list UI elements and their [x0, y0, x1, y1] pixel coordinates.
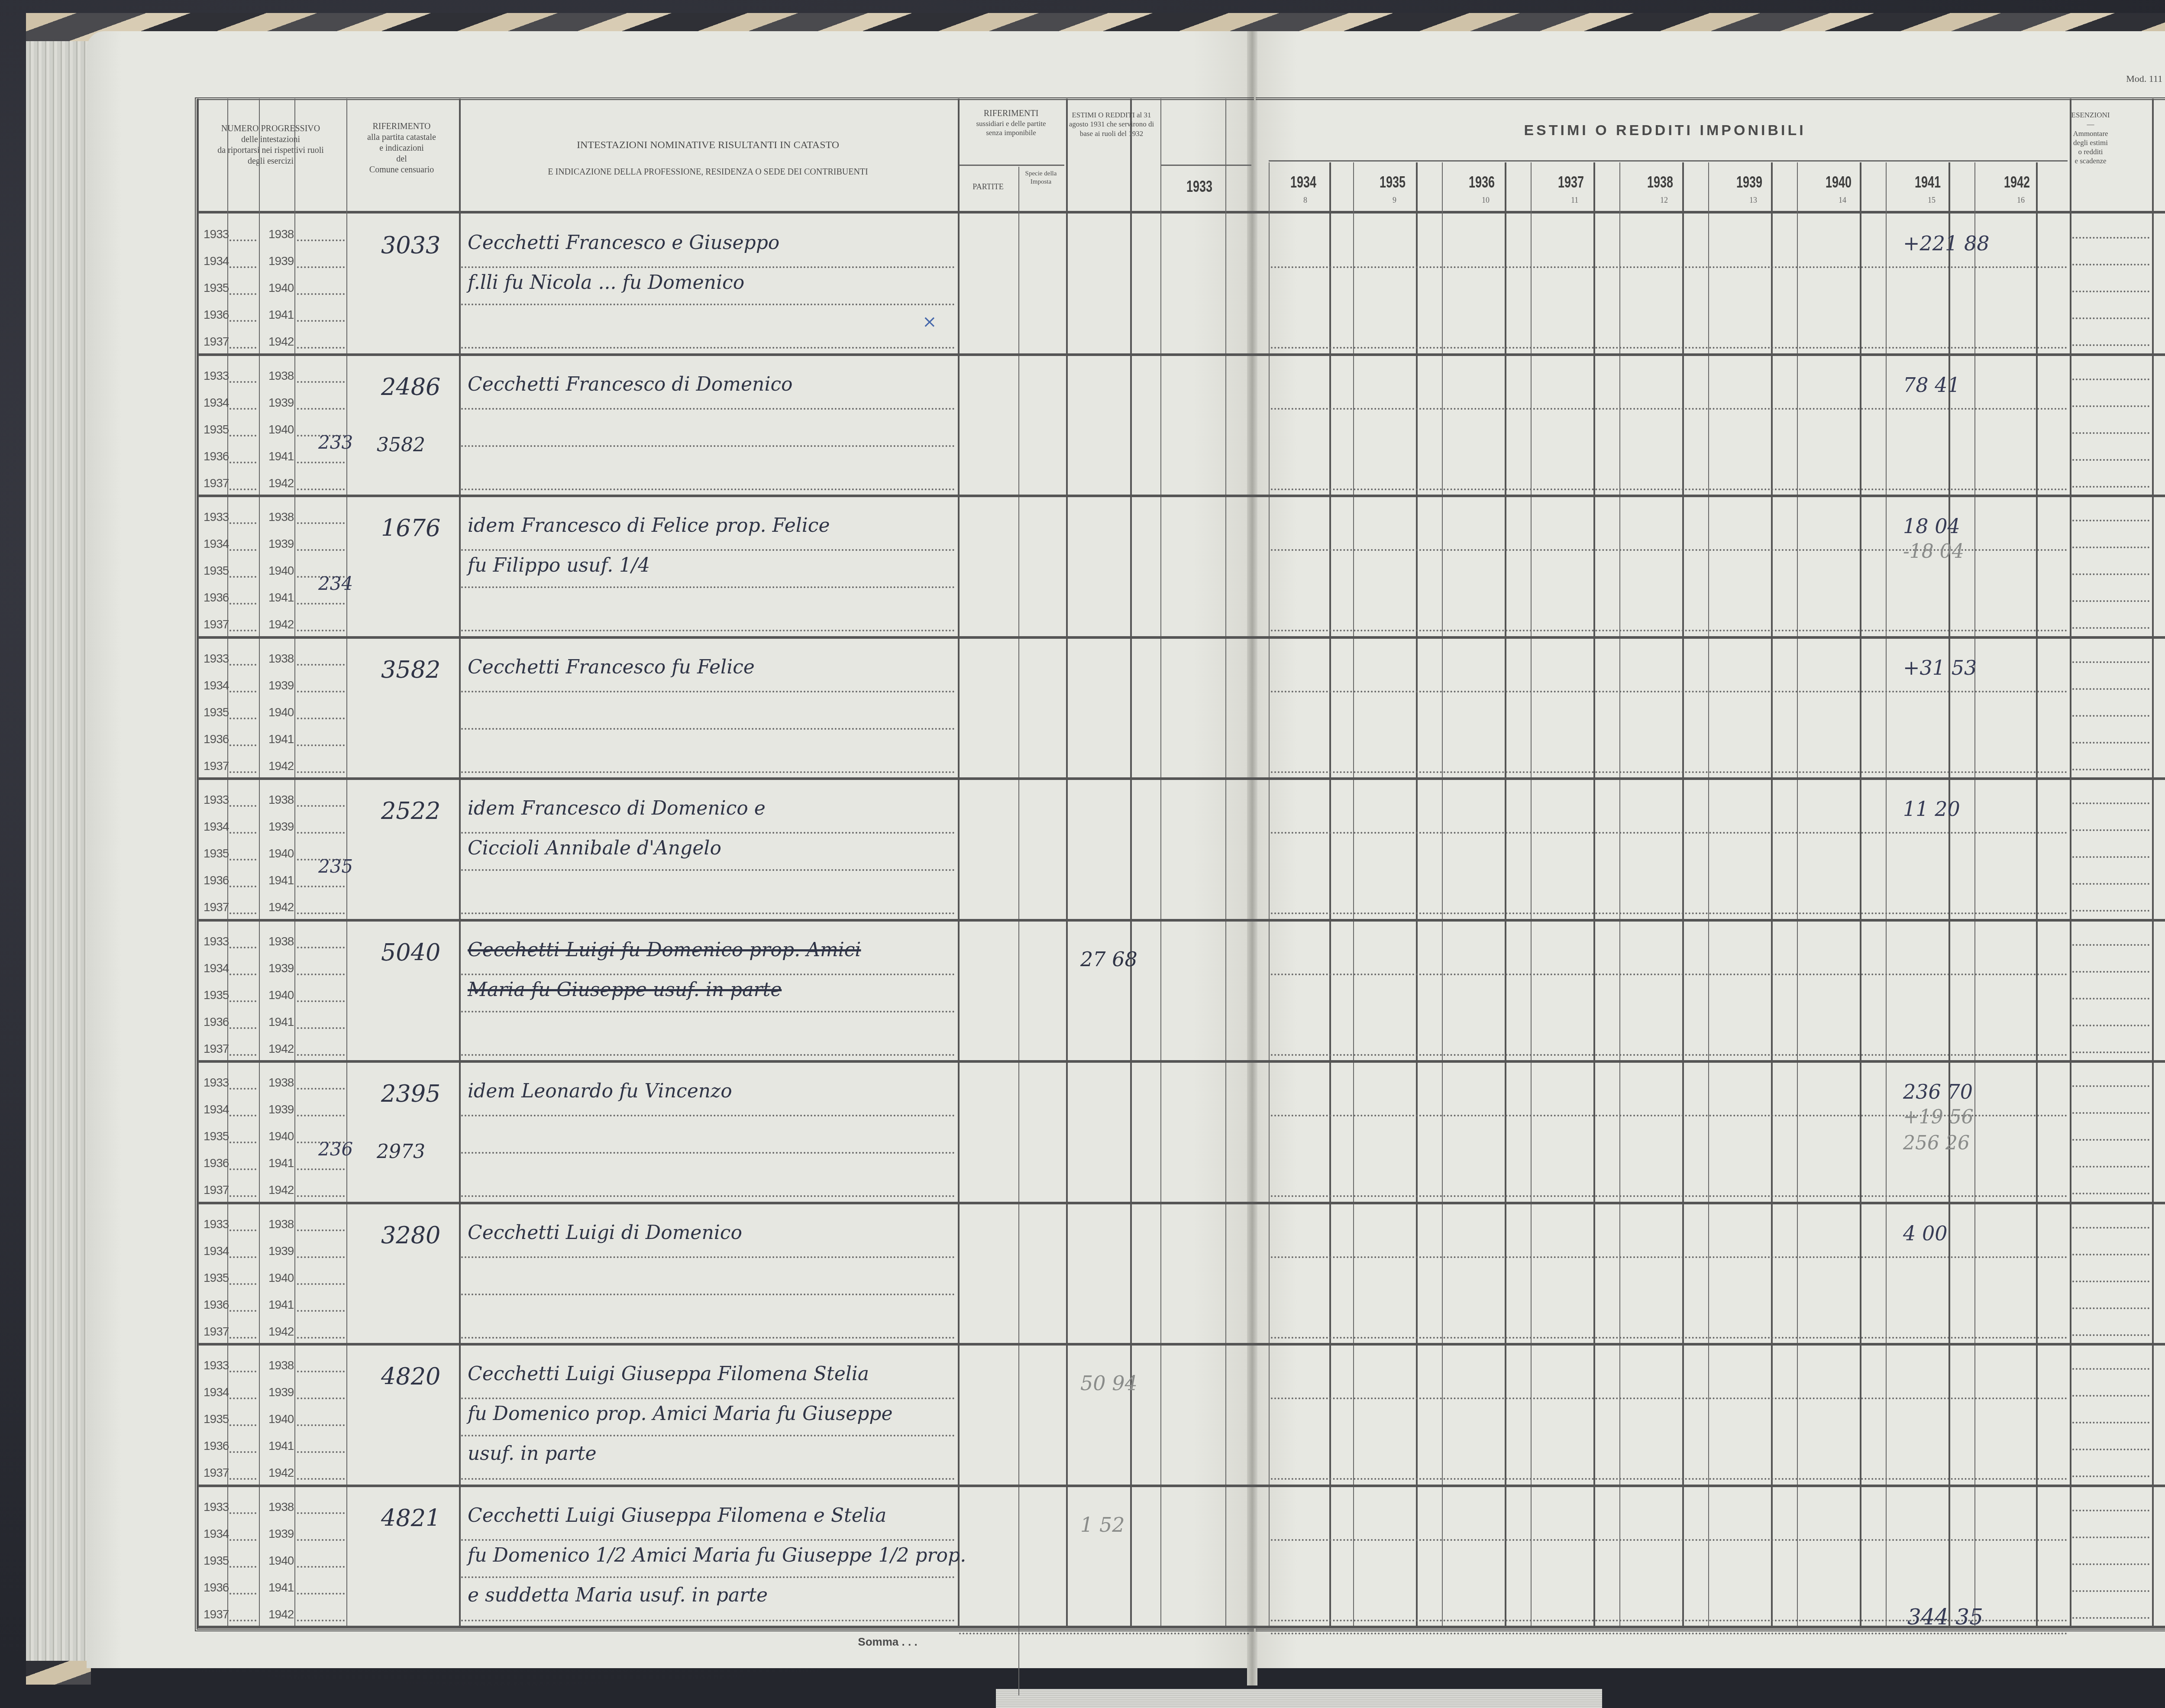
left-table — [195, 97, 1254, 1631]
dotted-line — [461, 1256, 955, 1258]
dotted-line — [1271, 832, 2068, 834]
dotted-line — [297, 549, 345, 551]
dotted-line — [229, 832, 256, 834]
year-label: 1941 — [268, 1581, 294, 1595]
dotted-line — [461, 1011, 955, 1013]
value-1941-adjust: +19 56 — [1903, 1106, 1974, 1128]
year-label: 1940 — [268, 281, 294, 295]
col45-title: RIFERIMENTI — [958, 108, 1064, 119]
dotted-line — [229, 805, 256, 807]
somma-dotted-line — [1271, 1633, 2068, 1634]
year-header: 1942 — [2004, 173, 2030, 191]
year-label: 1942 — [268, 476, 294, 490]
row-separator — [197, 777, 2165, 780]
year-label: 1941 — [268, 1015, 294, 1029]
column-divider — [1130, 99, 1132, 1627]
year-label: 1934 — [204, 1385, 229, 1399]
row-separator — [197, 495, 2165, 497]
dotted-line — [297, 1451, 345, 1453]
partita-number: 2522 — [381, 797, 440, 825]
year-label: 1942 — [268, 1183, 294, 1197]
dotted-line — [2072, 1537, 2149, 1538]
year-label: 1942 — [268, 1325, 294, 1339]
dotted-line — [229, 576, 256, 578]
year-label: 1934 — [204, 820, 229, 834]
year-label: 1933 — [204, 1217, 229, 1231]
col7-year: 1933 — [1186, 178, 1212, 196]
dotted-line — [461, 630, 955, 631]
row-separator — [197, 1202, 2165, 1204]
dotted-line — [229, 347, 256, 349]
dotted-line — [461, 1539, 955, 1541]
row-separator — [197, 1343, 2165, 1346]
dotted-line — [1271, 1478, 2068, 1480]
column-divider — [1531, 162, 1532, 1626]
year-label: 1938 — [268, 369, 294, 383]
year-label: 1939 — [268, 1385, 294, 1399]
dotted-line — [297, 1088, 345, 1090]
dotted-line — [461, 1337, 955, 1339]
year-label: 1938 — [268, 1359, 294, 1372]
column-divider — [1329, 162, 1331, 1626]
dotted-line — [297, 1283, 345, 1285]
dotted-line — [229, 1337, 256, 1339]
year-label: 1938 — [268, 510, 294, 524]
taxpayer-line: Cecchetti Francesco fu Felice — [468, 656, 755, 678]
dotted-line — [2072, 1051, 2149, 1053]
old-partita-number: 2973 — [377, 1141, 425, 1163]
year-label: 1933 — [204, 652, 229, 666]
form-code: Mod. 111 - Imposte Dirette (Intercalare)… — [2100, 73, 2165, 85]
dotted-line — [2072, 883, 2149, 885]
year-label: 1938 — [268, 1076, 294, 1090]
year-label: 1941 — [268, 591, 294, 605]
dotted-line — [229, 974, 256, 975]
year-label: 1942 — [268, 1042, 294, 1056]
dotted-line — [461, 266, 955, 268]
year-label: 1939 — [268, 1527, 294, 1541]
dotted-line — [2072, 1422, 2149, 1423]
dotted-line — [2072, 1617, 2149, 1619]
taxpayer-line: fu Domenico prop. Amici Maria fu Giusepp… — [468, 1403, 893, 1425]
column-divider — [2152, 99, 2154, 1627]
somma-label: Somma . . . — [823, 1635, 953, 1649]
dotted-line — [297, 1000, 345, 1002]
dotted-line — [461, 1576, 955, 1578]
column-divider — [1860, 162, 1861, 1626]
year-label: 1933 — [204, 369, 229, 383]
year-label: 1933 — [204, 935, 229, 948]
dotted-line — [461, 586, 955, 588]
value-1941: +221 88 — [1903, 232, 1990, 255]
dotted-line — [2072, 1475, 2149, 1477]
dotted-line — [229, 239, 256, 241]
taxpayer-line: Cecchetti Luigi di Domenico — [468, 1222, 742, 1244]
col3-subtitle: E INDICAZIONE DELLA PROFESSIONE, RESIDEN… — [459, 167, 957, 178]
dotted-line — [1271, 408, 2068, 410]
value-1941: 18 04 — [1903, 514, 1960, 538]
year-label: 1933 — [204, 793, 229, 807]
dotted-line — [229, 630, 256, 631]
year-label: 1940 — [268, 847, 294, 860]
dotted-line — [229, 381, 256, 383]
year-header: 1934 — [1290, 173, 1316, 191]
dotted-line — [297, 1115, 345, 1116]
dotted-line — [297, 603, 345, 605]
year-header: 1938 — [1647, 173, 1673, 191]
year-label: 1937 — [204, 1608, 229, 1621]
dotted-line — [461, 912, 955, 914]
col17-sub: Ammontare — [2069, 129, 2112, 138]
dotted-line — [461, 1195, 955, 1197]
taxpayer-line: idem Leonardo fu Vincenzo — [468, 1080, 732, 1102]
dotted-line — [229, 1142, 256, 1143]
spine-headband — [996, 1689, 1602, 1708]
progressive-number: 233 — [318, 432, 353, 453]
year-label: 1938 — [268, 1217, 294, 1231]
year-label: 1939 — [268, 396, 294, 410]
partita-number: 3033 — [381, 232, 440, 259]
column-divider — [1886, 162, 1887, 1626]
value-1932: 27 68 — [1080, 948, 1137, 971]
value-1941: 11 20 — [1903, 797, 1960, 821]
dotted-line — [297, 664, 345, 666]
partita-number: 4821 — [381, 1504, 440, 1532]
year-label: 1942 — [268, 1466, 294, 1480]
value-1941-total: 256 26 — [1903, 1132, 1970, 1154]
col17-sub: e scadenze — [2069, 156, 2112, 165]
year-label: 1934 — [204, 396, 229, 410]
dotted-line — [229, 522, 256, 524]
dotted-line — [2072, 802, 2149, 804]
dotted-line — [297, 1539, 345, 1541]
partita-number: 5040 — [381, 939, 440, 966]
col1-title: NUMERO PROGRESSIVO — [197, 123, 344, 134]
dotted-line — [1271, 488, 2068, 490]
header-subrule — [1269, 160, 2068, 162]
partita-number: 3582 — [381, 656, 440, 683]
dotted-line — [297, 1593, 345, 1595]
dotted-line — [2072, 1590, 2149, 1592]
column-divider — [1416, 162, 1418, 1626]
dotted-line — [461, 488, 955, 490]
dotted-line — [229, 1620, 256, 1621]
dotted-line — [229, 1512, 256, 1514]
column-divider — [1593, 162, 1595, 1626]
dotted-line — [461, 549, 955, 551]
year-label: 1939 — [268, 679, 294, 692]
year-label: 1937 — [204, 1042, 229, 1056]
dotted-line — [2072, 317, 2149, 319]
dotted-line — [297, 239, 345, 241]
year-label: 1942 — [268, 618, 294, 631]
dotted-line — [297, 522, 345, 524]
year-label: 1940 — [268, 1412, 294, 1426]
dotted-line — [2072, 1510, 2149, 1511]
dotted-line — [461, 728, 955, 730]
col2-title: RIFERIMENTO — [346, 121, 457, 132]
dotted-line — [297, 347, 345, 349]
column-divider — [1225, 99, 1226, 1627]
taxpayer-line: Maria fu Giuseppe usuf. in parte — [468, 979, 782, 1001]
dotted-line — [229, 691, 256, 692]
col2-sub: del — [346, 154, 457, 165]
taxpayer-line: Cecchetti Luigi fu Domenico prop. Amici — [468, 939, 861, 961]
partita-number: 4820 — [381, 1363, 440, 1390]
dotted-line — [2072, 1368, 2149, 1370]
year-label: 1935 — [204, 847, 229, 860]
dotted-line — [229, 1371, 256, 1372]
dotted-line — [1271, 347, 2068, 349]
dotted-line — [229, 1195, 256, 1197]
year-header: 1935 — [1380, 173, 1406, 191]
taxpayer-line: Cecchetti Francesco e Giuseppo — [468, 232, 779, 254]
dotted-line — [2072, 237, 2149, 239]
dotted-line — [229, 1397, 256, 1399]
col17-sub: degli estimi — [2069, 138, 2112, 147]
dotted-line — [297, 947, 345, 948]
year-label: 1934 — [204, 254, 229, 268]
dotted-line — [461, 691, 955, 692]
year-label: 1933 — [204, 227, 229, 241]
right-table — [1256, 97, 2165, 1631]
taxpayer-line: e suddetta Maria usuf. in parte — [468, 1584, 768, 1606]
year-label: 1940 — [268, 1554, 294, 1568]
dotted-line — [229, 408, 256, 410]
column-divider — [1018, 167, 1019, 1695]
dotted-line — [461, 1435, 955, 1436]
year-label: 1939 — [268, 961, 294, 975]
dotted-line — [297, 1229, 345, 1231]
year-label: 1939 — [268, 254, 294, 268]
col1-sub: delle intestazioni — [197, 134, 344, 145]
dotted-line — [297, 293, 345, 295]
col17-sub: o redditi — [2069, 147, 2112, 156]
dotted-line — [297, 266, 345, 268]
dotted-line — [2072, 573, 2149, 575]
dotted-line — [461, 408, 955, 410]
dotted-line — [461, 445, 955, 447]
dotted-line — [297, 912, 345, 914]
year-label: 1936 — [204, 450, 229, 463]
dotted-line — [229, 488, 256, 490]
column-number: 11 — [1571, 196, 1578, 205]
dotted-line — [461, 1115, 955, 1116]
year-label: 1941 — [268, 1298, 294, 1312]
dotted-line — [229, 1310, 256, 1312]
dotted-line — [1271, 1539, 2068, 1541]
year-label: 1939 — [268, 1103, 294, 1116]
dotted-line — [2072, 344, 2149, 346]
dotted-line — [1271, 691, 2068, 692]
dotted-line — [2072, 829, 2149, 831]
check-mark: × — [922, 312, 937, 332]
dotted-line — [229, 1593, 256, 1595]
year-header: 1941 — [1915, 173, 1941, 191]
taxpayer-line: f.lli fu Nicola ... fu Domenico — [468, 272, 744, 294]
progressive-number: 235 — [318, 856, 353, 877]
dotted-line — [2072, 486, 2149, 488]
dotted-line — [229, 1451, 256, 1453]
dotted-line — [229, 886, 256, 887]
dotted-line — [2072, 1449, 2149, 1450]
dotted-line — [297, 1027, 345, 1029]
column-divider — [1682, 162, 1684, 1626]
dotted-line — [297, 1337, 345, 1339]
dotted-line — [297, 832, 345, 834]
value-1941: 4 00 — [1903, 1222, 1947, 1245]
dotted-line — [2072, 769, 2149, 770]
dotted-line — [2072, 856, 2149, 858]
dotted-line — [2072, 378, 2149, 380]
year-label: 1938 — [268, 935, 294, 948]
year-label: 1938 — [268, 227, 294, 241]
dotted-line — [297, 771, 345, 773]
col2-sub: e indicazioni — [346, 143, 457, 154]
col2-sub: alla partita catastale — [346, 132, 457, 143]
dotted-line — [229, 744, 256, 746]
taxpayer-line: Cecchetti Luigi Giuseppa Filomena e Stel… — [468, 1504, 886, 1527]
dotted-line — [2072, 1085, 2149, 1087]
value-1941: 78 41 — [1903, 373, 1960, 397]
dotted-line — [461, 347, 955, 349]
year-label: 1933 — [204, 1500, 229, 1514]
dotted-line — [2072, 1395, 2149, 1397]
column-divider — [1797, 162, 1798, 1626]
dotted-line — [297, 1424, 345, 1426]
year-label: 1942 — [268, 1608, 294, 1621]
col17-sub: — — [2069, 120, 2112, 129]
taxpayer-line: fu Domenico 1/2 Amici Maria fu Giuseppe … — [468, 1544, 966, 1566]
dotted-line — [297, 1512, 345, 1514]
dotted-line — [2072, 1563, 2149, 1565]
dotted-line — [2072, 1025, 2149, 1026]
col1-header: NUMERO PROGRESSIVO delle intestazioni da… — [197, 123, 344, 167]
column-divider — [1619, 162, 1620, 1626]
somma-dotted-line — [959, 1633, 1249, 1634]
dotted-line — [229, 549, 256, 551]
year-label: 1936 — [204, 1015, 229, 1029]
dotted-line — [461, 771, 955, 773]
dotted-line — [2072, 715, 2149, 717]
year-label: 1939 — [268, 820, 294, 834]
col1-sub: da riportarsi nei rispettivi ruoli — [197, 145, 344, 156]
dotted-line — [2072, 1307, 2149, 1309]
dotted-line — [297, 1256, 345, 1258]
column-number: 12 — [1660, 196, 1668, 205]
dotted-line — [297, 462, 345, 463]
dotted-line — [297, 1371, 345, 1372]
section-title: ESTIMI O REDDITI IMPONIBILI — [1264, 121, 2065, 140]
partita-number: 2486 — [381, 373, 440, 401]
column-divider — [294, 99, 295, 1627]
column-number: 8 — [1303, 196, 1307, 205]
year-label: 1934 — [204, 1527, 229, 1541]
dotted-line — [2072, 1139, 2149, 1141]
column-divider — [259, 99, 260, 1627]
row-separator — [197, 1485, 2165, 1487]
year-label: 1942 — [268, 759, 294, 773]
year-label: 1938 — [268, 652, 294, 666]
year-header: 1936 — [1469, 173, 1495, 191]
dotted-line — [229, 320, 256, 322]
year-label: 1935 — [204, 988, 229, 1002]
taxpayer-line: Cecchetti Francesco di Domenico — [468, 373, 793, 395]
dotted-line — [2072, 661, 2149, 663]
col3-title: INTESTAZIONI NOMINATIVE RISULTANTI IN CA… — [459, 139, 957, 152]
dotted-line — [297, 1054, 345, 1056]
row-separator — [197, 1060, 2165, 1063]
dotted-line — [1271, 1397, 2068, 1399]
year-label: 1940 — [268, 1271, 294, 1285]
column-divider — [197, 99, 199, 1627]
year-label: 1935 — [204, 705, 229, 719]
year-label: 1936 — [204, 1439, 229, 1453]
year-label: 1934 — [204, 537, 229, 551]
column-divider — [1442, 162, 1443, 1626]
column-divider — [1353, 162, 1354, 1626]
dotted-line — [2072, 910, 2149, 912]
partita-number: 1676 — [381, 514, 440, 542]
dotted-line — [297, 886, 345, 887]
dotted-line — [229, 1539, 256, 1541]
dotted-line — [297, 744, 345, 746]
dotted-line — [2072, 1193, 2149, 1194]
year-label: 1942 — [268, 335, 294, 349]
year-label: 1939 — [268, 537, 294, 551]
dotted-line — [2072, 1334, 2149, 1336]
dotted-line — [2072, 264, 2149, 265]
dotted-line — [229, 1424, 256, 1426]
dotted-line — [1271, 1054, 2068, 1056]
col1-sub: degli esercizi — [197, 156, 344, 167]
year-label: 1937 — [204, 1466, 229, 1480]
value-1932: 50 94 — [1080, 1372, 1137, 1395]
column-number: 16 — [2017, 196, 2025, 205]
col4-title: PARTITE — [958, 182, 1018, 192]
dotted-line — [229, 947, 256, 948]
year-label: 1936 — [204, 1298, 229, 1312]
year-label: 1937 — [204, 900, 229, 914]
row-separator — [197, 353, 2165, 356]
dotted-line — [461, 832, 955, 834]
column-divider — [1160, 99, 1161, 1627]
column-divider — [958, 99, 960, 1627]
dotted-line — [297, 718, 345, 719]
partita-number: 3280 — [381, 1222, 440, 1249]
col17-title: ESENZIONI — [2069, 110, 2112, 120]
col45-sub: sussidiari e delle partite — [958, 119, 1064, 128]
column-divider — [1771, 162, 1773, 1626]
year-label: 1935 — [204, 1554, 229, 1568]
year-label: 1937 — [204, 1325, 229, 1339]
year-label: 1940 — [268, 1129, 294, 1143]
dotted-line — [461, 304, 955, 305]
dotted-line — [297, 1620, 345, 1621]
value-1941: 236 70 — [1903, 1080, 1973, 1103]
dotted-line — [297, 1478, 345, 1480]
dotted-line — [297, 381, 345, 383]
col18-title: ANNOTAZIONI — [2117, 145, 2165, 159]
year-label: 1937 — [204, 335, 229, 349]
dotted-line — [2072, 998, 2149, 1000]
dotted-line — [2072, 1281, 2149, 1282]
dotted-line — [229, 1115, 256, 1116]
year-label: 1937 — [204, 618, 229, 631]
dotted-line — [297, 1310, 345, 1312]
row-separator — [197, 636, 2165, 639]
year-label: 1937 — [204, 1183, 229, 1197]
